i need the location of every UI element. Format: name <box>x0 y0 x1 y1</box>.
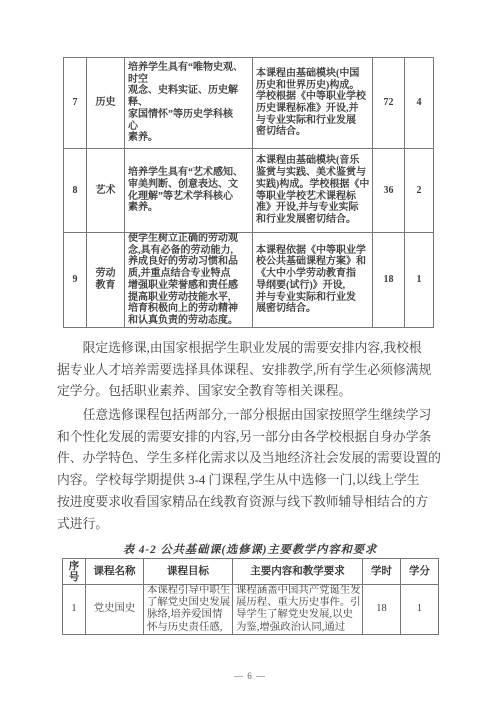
cell-hours: 18 <box>363 585 401 635</box>
cell-seq: 7 <box>64 58 87 149</box>
cell-hours: 36 <box>373 149 405 233</box>
course-row-history: 7 历史 培养学生具有“唯物史观、 时空 观念、史料实证、历史解 释、 家国情怀… <box>64 58 434 149</box>
header-course-name: 课程名称 <box>86 559 144 585</box>
header-seq: 序 号 <box>63 559 86 585</box>
course-row-labor-education: 9 劳动 教育 使学生树立正确的劳动观 念,具有必备的劳动能力, 养成良好的劳动… <box>64 233 434 328</box>
header-objective: 课程目标 <box>144 559 233 585</box>
cell-content: 本课程由基础模块(音乐 鉴赏与实践、美术鉴赏与 实践)构成。学校根据《中 等职业… <box>253 149 373 233</box>
cell-content: 本课程由基础模块(中国 历史和世界历史)构成。 学校根据《中等职业学校 历史课程… <box>253 58 373 149</box>
cell-credits: 1 <box>401 585 439 635</box>
cell-objective: 培养学生具有“艺术感知、 审美判断、创意表达、文 化理解”等艺术学科核心 素养。 <box>125 149 253 233</box>
cell-hours: 72 <box>373 58 405 149</box>
table-4-2-caption: 表 4-2 公共基础课(选修课)主要教学内容和要求 <box>0 541 500 557</box>
header-content: 主要内容和教学要求 <box>233 559 363 585</box>
cell-content: 课程涵盖中国共产党诞生发 展历程、重大历史事件。引 导学生了解党史发展,以史 为… <box>233 585 363 635</box>
cell-credits: 2 <box>405 149 434 233</box>
cell-objective: 本课程引导中职生 了解党史国史发展 脉络,培养爱国情 怀与历史责任感, <box>144 585 233 635</box>
cell-course-name: 党史国史 <box>86 585 144 635</box>
cell-course-name: 历史 <box>87 58 125 149</box>
course-row-art: 8 艺术 培养学生具有“艺术感知、 审美判断、创意表达、文 化理解”等艺术学科核… <box>64 149 434 233</box>
electives-table: 序 号 课程名称 课程目标 主要内容和教学要求 学时 学分 1 党史国史 本课程… <box>62 558 439 635</box>
paragraph-restricted-electives: 限定选修课,由国家根据学生职业发展的需要安排内容,我校根 据专业人才培养需要选择… <box>57 338 449 403</box>
electives-row-party-history: 1 党史国史 本课程引导中职生 了解党史国史发展 脉络,培养爱国情 怀与历史责任… <box>63 585 439 635</box>
course-table-continued: 7 历史 培养学生具有“唯物史观、 时空 观念、史料实证、历史解 释、 家国情怀… <box>63 57 434 328</box>
page-number: — 6 — <box>0 671 500 681</box>
document-page: 7 历史 培养学生具有“唯物史观、 时空 观念、史料实证、历史解 释、 家国情怀… <box>0 0 500 707</box>
cell-objective: 使学生树立正确的劳动观 念,具有必备的劳动能力, 养成良好的劳动习惯和品 质,并… <box>125 233 253 328</box>
cell-seq: 1 <box>63 585 86 635</box>
cell-course-name: 艺术 <box>87 149 125 233</box>
cell-credits: 1 <box>405 233 434 328</box>
cell-seq: 8 <box>64 149 87 233</box>
header-hours: 学时 <box>363 559 401 585</box>
cell-seq: 9 <box>64 233 87 328</box>
paragraph-free-electives: 任意选修课程包括两部分,一部分根据由国家按照学生继续学习 和个性化发展的需要安排… <box>57 405 449 535</box>
cell-content: 本课程依据《中等职业学 校公共基础课程方案》和 《大中小学劳动教育指 导纲要(试… <box>253 233 373 328</box>
header-credits: 学分 <box>401 559 439 585</box>
cell-course-name: 劳动 教育 <box>87 233 125 328</box>
cell-hours: 18 <box>373 233 405 328</box>
electives-header-row: 序 号 课程名称 课程目标 主要内容和教学要求 学时 学分 <box>63 559 439 585</box>
cell-objective: 培养学生具有“唯物史观、 时空 观念、史料实证、历史解 释、 家国情怀”等历史学… <box>125 58 253 149</box>
cell-credits: 4 <box>405 58 434 149</box>
